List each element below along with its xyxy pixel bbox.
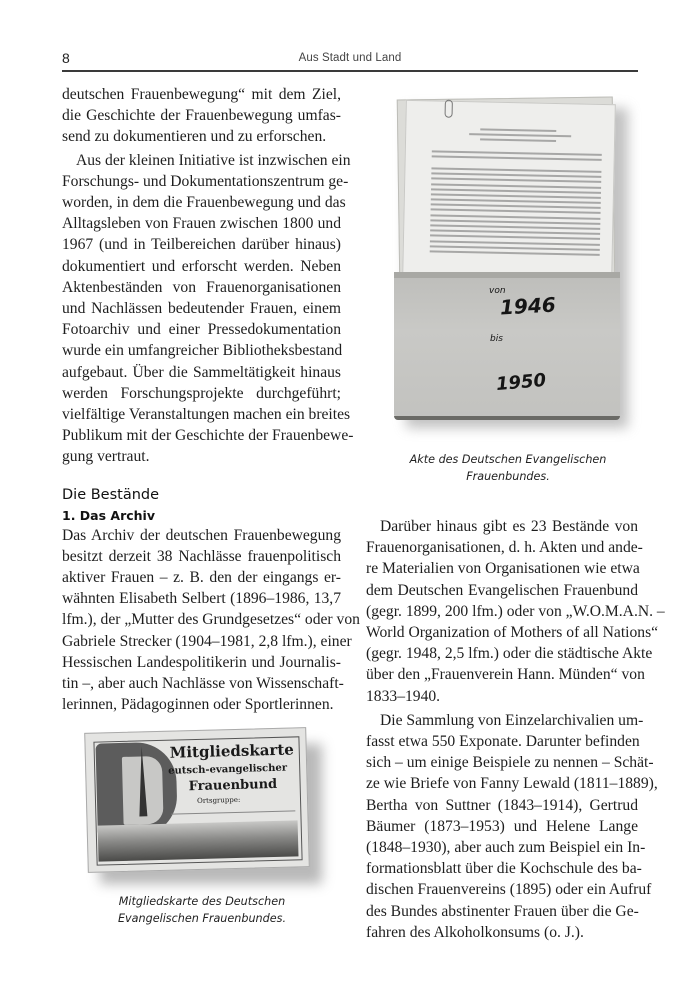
paragraph: Die Sammlung von Einzelarchivalien um- f…	[366, 710, 638, 943]
section-heading: Die Bestände	[62, 485, 341, 505]
text-line: re Materialien von Organisationen wie et…	[366, 558, 638, 579]
text-line: Aus der kleinen Initiative ist inzwische…	[62, 150, 341, 171]
typed-text-block	[430, 127, 603, 259]
text-line: wähnten Elisabeth Selbert (1896–1986, 13…	[62, 588, 341, 609]
text-line: worden, in dem die Frauenbewegung und da…	[62, 192, 341, 213]
document-page: 8 Aus Stadt und Land deutschen Frauenbew…	[0, 0, 700, 988]
text-line: vielfältige Veranstaltungen machen ein b…	[62, 404, 341, 425]
text-line: 1833–1940.	[366, 686, 638, 707]
paragraph: deutschen Frauenbewegung“ mit dem Ziel, …	[62, 84, 341, 148]
folder-fold	[394, 272, 620, 278]
text-line: aufgebaut. Über die Sammeltätigkeit hina…	[62, 362, 341, 383]
caption-line: Evangelischen Frauenbundes.	[86, 910, 318, 927]
text-line: aktiver Frauen – z. B. den der eingangs …	[62, 567, 341, 588]
right-column: Darüber hinaus gibt es 23 Bestände von F…	[366, 516, 638, 943]
header-rule	[62, 70, 638, 72]
text-line: lerinnen, Pädagoginnen oder Sportlerinne…	[62, 694, 341, 715]
handwriting-end-year: 1950	[495, 370, 547, 395]
membership-card: Mitgliedskarte eutsch-evangelischer Frau…	[84, 727, 310, 873]
text-line: dokumentiert und erforscht werden. Neben	[62, 256, 341, 277]
text-line: formationsblatt über die Kochschule des …	[366, 858, 638, 879]
archive-file-photo: von 1946 bis 1950	[392, 94, 624, 434]
paragraph: Das Archiv der deutschen Frauenbewegung …	[62, 525, 341, 716]
text-line: deutschen Frauenbewegung“ mit dem Ziel,	[62, 84, 341, 105]
text-line: Bäumer (1873–1953) und Helene Lange	[366, 816, 638, 837]
text-line: tin –, aber auch Nachlässe von Wissensch…	[62, 673, 341, 694]
text-line: (1848–1930), aber auch zum Beispiel ein …	[366, 837, 638, 858]
text-line: die Geschichte der Frauenbewegung umfas-	[62, 105, 341, 126]
text-line: Darüber hinaus gibt es 23 Bestände von	[366, 516, 638, 537]
text-line: Fotoarchiv und einer Pressedokumentation	[62, 319, 341, 340]
text-line: fasst etwa 550 Exponate. Darunter befind…	[366, 731, 638, 752]
text-line: sich – um einige Beispiele zu nennen – S…	[366, 752, 638, 773]
text-line: send zu dokumentieren und zu erforschen.	[62, 126, 341, 147]
text-line: Hessischen Landespolitikerin und Journal…	[62, 652, 341, 673]
card-organization: Frauenbund	[188, 777, 277, 794]
paragraph: Aus der kleinen Initiative ist inzwische…	[62, 150, 341, 468]
paperclip-icon	[445, 100, 453, 118]
text-line: Frauenorganisationen, d. h. Akten und an…	[366, 537, 638, 558]
text-line: Gabriele Strecker (1904–1981, 2,8 lfm.),…	[62, 631, 341, 652]
text-line: Publikum mit der Geschichte der Frauenbe…	[62, 425, 341, 446]
text-line: (gegr. 1948, 2,5 lfm.) oder die städtisc…	[366, 643, 638, 664]
text-line: World Organization of Mothers of all Nat…	[366, 622, 638, 643]
text-line: über den „Frauenverein Hann. Münden“ von	[366, 664, 638, 685]
text-line: besitzt derzeit 38 Nachlässe frauenpolit…	[62, 546, 341, 567]
card-title: Mitgliedskarte	[170, 740, 295, 761]
caption-line: Frauenbundes.	[380, 468, 636, 485]
caption-line: Mitgliedskarte des Deutschen	[86, 893, 318, 910]
text-line: (gegr. 1899, 200 lfm.) oder von „W.O.M.A…	[366, 601, 638, 622]
text-line: Aktenbeständen von Frauenorganisationen	[62, 277, 341, 298]
card-field-label: Ortsgruppe:	[197, 796, 240, 805]
sub-heading: 1. Das Archiv	[62, 507, 341, 525]
text-line: ze wie Briefe von Fanny Lewald (1811–188…	[366, 773, 638, 794]
text-line: 1967 (und in Teilbereichen darüber hinau…	[62, 234, 341, 255]
membership-card-photo: Mitgliedskarte eutsch-evangelischer Frau…	[86, 730, 312, 872]
text-line: und Nachlässen bedeutender Frauen, einem	[62, 298, 341, 319]
text-line: Forschungs- und Dokumentationszentrum ge…	[62, 171, 341, 192]
text-line: gung vertraut.	[62, 446, 341, 467]
text-line: dischen Frauenvereins (1895) oder ein Au…	[366, 879, 638, 900]
city-landscape-illustration	[98, 820, 299, 861]
handwriting-bis: bis	[490, 334, 503, 344]
text-line: werden Forschungsprojekte durchgeführt;	[62, 383, 341, 404]
left-column: deutschen Frauenbewegung“ mit dem Ziel, …	[62, 84, 341, 715]
text-line: wurde ein umfangreicher Bibliotheksbesta…	[62, 340, 341, 361]
text-line: fahren des Alkoholkonsums (o. J.).	[366, 922, 638, 943]
figure-caption-file: Akte des Deutschen Evangelischen Frauenb…	[380, 451, 636, 485]
typed-document	[402, 100, 616, 282]
handwriting-start-year: 1946	[499, 293, 556, 320]
running-title: Aus Stadt und Land	[62, 52, 638, 64]
caption-line: Akte des Deutschen Evangelischen	[380, 451, 636, 468]
text-line: dem Deutschen Evangelischen Frauenbund	[366, 580, 638, 601]
figure-caption-card: Mitgliedskarte des Deutschen Evangelisch…	[86, 893, 318, 927]
text-line: Die Sammlung von Einzelarchivalien um-	[366, 710, 638, 731]
text-line: Bertha von Suttner (1843–1914), Gertrud	[366, 795, 638, 816]
folder-cover: von 1946 bis 1950	[394, 272, 620, 420]
text-line: Das Archiv der deutschen Frauenbewegung	[62, 525, 341, 546]
text-line: lfm.), der „Mutter des Grundgesetzes“ od…	[62, 609, 341, 630]
text-line: Alltagsleben von Frauen zwischen 1800 un…	[62, 213, 341, 234]
folder-edge	[394, 416, 620, 420]
paragraph: Darüber hinaus gibt es 23 Bestände von F…	[366, 516, 638, 707]
running-header: 8 Aus Stadt und Land	[62, 50, 638, 70]
text-line: des Bundes abstinenter Frauen über die G…	[366, 901, 638, 922]
